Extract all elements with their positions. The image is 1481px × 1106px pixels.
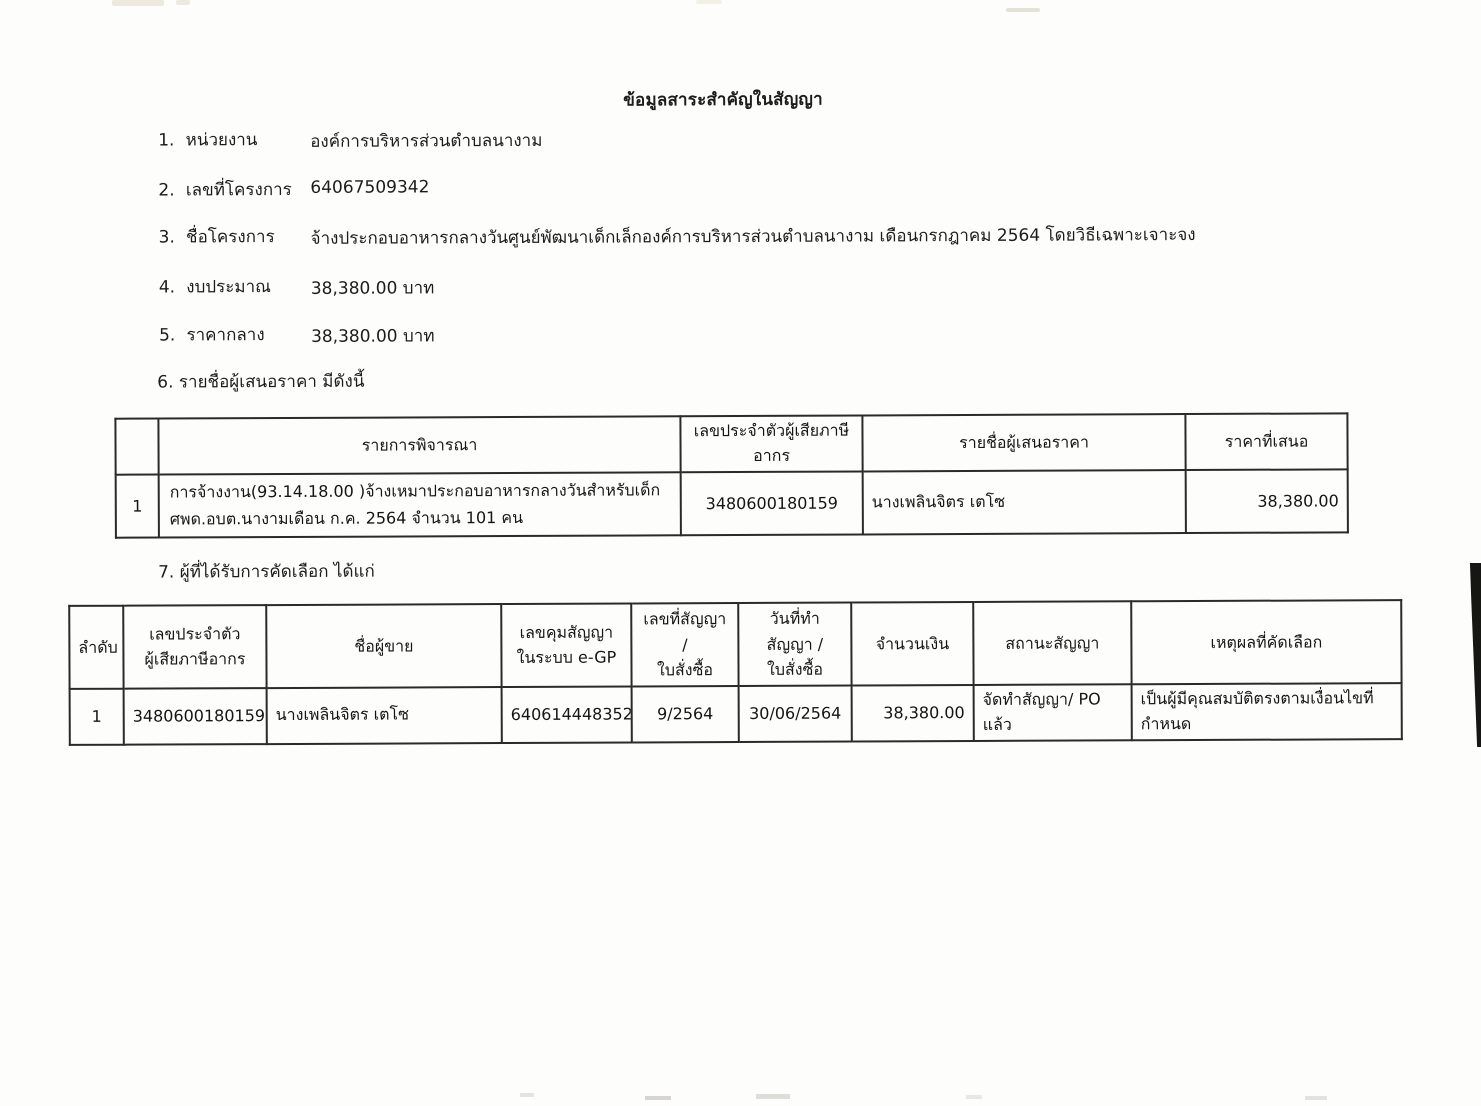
- field-number: 4.: [159, 277, 181, 297]
- field-label: หน่วยงาน: [186, 126, 258, 153]
- cell-selection-reason: เป็นผู้มีคุณสมบัติตรงตามเงื่อนไขที่กำหนด: [1132, 683, 1402, 740]
- cell-amount: 38,380.00: [852, 685, 974, 742]
- field-project-name: 3. ชื่อโครงการ จ้างประกอบอาหารกลางวันศูน…: [159, 223, 275, 251]
- col-header-taxpayer-id: เลขประจำตัว ผู้เสียภาษีอากร: [123, 605, 266, 688]
- field-label: ราคากลาง: [186, 321, 264, 348]
- col-header-contract-status: สถานะสัญญา: [973, 601, 1131, 684]
- cell-seller-name: นางเพลินจิตร เตโซ: [267, 687, 502, 744]
- field-budget: 4. งบประมาณ 38,380.00 บาท: [159, 273, 271, 300]
- cell-bidder-name: นางเพลินจิตร เตโซ: [863, 470, 1186, 534]
- section-label: ผู้ที่ได้รับการคัดเลือก ได้แก่: [180, 562, 375, 583]
- col-header-egp-contract-number: เลขคุมสัญญา ในระบบ e-GP: [501, 603, 631, 686]
- cell-taxpayer-id: 3480600180159: [124, 688, 267, 745]
- cell-taxpayer-id: 3480600180159: [681, 471, 863, 535]
- cell-contract-date: 30/06/2564: [739, 685, 852, 741]
- field-value: 64067509342: [310, 177, 429, 198]
- col-header-contract-po-number: เลขที่สัญญา / ใบสั่งซื้อ: [631, 603, 738, 686]
- scanned-document-page: ข้อมูลสาระสำคัญในสัญญา 1. หน่วยงาน องค์ก…: [0, 0, 1481, 1106]
- field-number: 5.: [159, 325, 181, 345]
- field-median-price: 5. ราคากลาง 38,380.00 บาท: [159, 321, 265, 348]
- field-label: เลขที่โครงการ: [186, 176, 292, 203]
- col-header-amount: จำนวนเงิน: [851, 602, 973, 685]
- field-agency: 1. หน่วยงาน องค์การบริหารส่วนตำบลนางาม: [158, 126, 257, 153]
- selected-table-row: 1 3480600180159 นางเพลินจิตร เตโซ 640614…: [70, 683, 1402, 745]
- field-value: 38,380.00 บาท: [311, 274, 435, 302]
- field-value: องค์การบริหารส่วนตำบลนางาม: [310, 127, 542, 155]
- cell-order: 1: [70, 688, 124, 744]
- field-value: จ้างประกอบอาหารกลางวันศูนย์พัฒนาเด็กเล็ก…: [311, 221, 1196, 252]
- section-6-heading: 6. รายชื่อผู้เสนอราคา มีดังนี้: [157, 368, 364, 396]
- selected-contractor-table: ลำดับ เลขประจำตัว ผู้เสียภาษีอากร ชื่อผู…: [68, 599, 1403, 746]
- field-label: ชื่อโครงการ: [186, 223, 275, 250]
- field-label: งบประมาณ: [186, 273, 271, 300]
- section-number: 6.: [157, 372, 173, 392]
- cell-contract-status: จัดทำสัญญา/ PO แล้ว: [974, 684, 1132, 741]
- col-header-selection-reason: เหตุผลที่คัดเลือก: [1131, 600, 1401, 684]
- col-header-offered-price: ราคาที่เสนอ: [1185, 413, 1347, 470]
- cell-consideration-item: การจ้างงาน(93.14.18.00 )จ้างเหมาประกอบอา…: [159, 472, 681, 537]
- bidders-table: รายการพิจารณา เลขประจำตัวผู้เสียภาษีอากร…: [114, 412, 1349, 538]
- field-number: 1.: [158, 130, 180, 150]
- col-header-order: ลำดับ: [69, 606, 123, 689]
- bidders-table-header-row: รายการพิจารณา เลขประจำตัวผู้เสียภาษีอากร…: [115, 413, 1347, 474]
- cell-offered-price: 38,380.00: [1186, 469, 1348, 533]
- col-header-blank: [115, 419, 158, 475]
- field-number: 3.: [159, 227, 181, 247]
- col-header-seller-name: ชื่อผู้ขาย: [266, 604, 501, 688]
- cell-contract-po-number: 9/2564: [632, 686, 739, 742]
- selected-table-header-row: ลำดับ เลขประจำตัว ผู้เสียภาษีอากร ชื่อผู…: [69, 600, 1401, 689]
- col-header-bidder-name: รายชื่อผู้เสนอราคา: [862, 414, 1185, 471]
- cell-row-number: 1: [116, 475, 159, 538]
- field-value: 38,380.00 บาท: [311, 322, 435, 350]
- col-header-contract-date: วันที่ทำสัญญา / ใบสั่งซื้อ: [738, 603, 851, 686]
- bidders-table-row: 1 การจ้างงาน(93.14.18.00 )จ้างเหมาประกอบ…: [116, 469, 1348, 537]
- field-number: 2.: [158, 180, 180, 200]
- section-label: รายชื่อผู้เสนอราคา มีดังนี้: [179, 372, 365, 393]
- section-7-heading: 7. ผู้ที่ได้รับการคัดเลือก ได้แก่: [158, 558, 375, 586]
- col-header-consideration-item: รายการพิจารณา: [158, 416, 680, 474]
- col-header-taxpayer-id: เลขประจำตัวผู้เสียภาษีอากร: [680, 415, 862, 472]
- document-title: ข้อมูลสาระสำคัญในสัญญา: [0, 83, 1448, 116]
- field-project-number: 2. เลขที่โครงการ 64067509342: [158, 176, 291, 204]
- cell-egp-contract-number: 640614448352: [502, 686, 632, 743]
- section-number: 7.: [158, 562, 174, 582]
